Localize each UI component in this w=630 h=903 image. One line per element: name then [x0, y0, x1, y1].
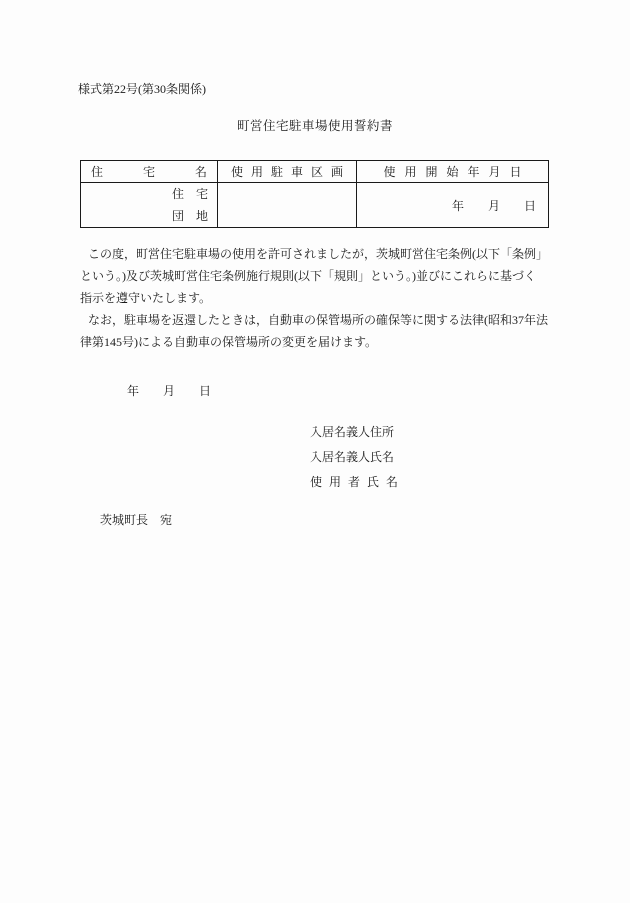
housing-suffix-line1: 住 宅 — [81, 183, 208, 205]
header-housing-name: 住宅名 — [81, 161, 218, 183]
parking-section-cell — [218, 183, 357, 228]
paragraph1-line3: 指示を遵守いたします。 — [80, 287, 554, 309]
signature-resident-address-label: 入居名義人住所 — [310, 420, 400, 445]
table-body-row: 住 宅 団 地 年 月 日 — [81, 183, 549, 228]
start-date-cell: 年 月 日 — [357, 183, 549, 228]
paragraph2-line2: 律第145号)による自動車の保管場所の変更を届けます。 — [80, 331, 554, 353]
body-text: この度，町営住宅駐車場の使用を許可されましたが，茨城町営住宅条例(以下「条例」 … — [80, 243, 554, 353]
signature-block: 入居名義人住所 入居名義人氏名 使 用 者 氏 名 — [310, 420, 400, 495]
usage-info-table: 住宅名 使用駐車区画 使用開始年月日 住 宅 団 地 年 月 日 — [80, 160, 549, 228]
paragraph1-line1: この度，町営住宅駐車場の使用を許可されましたが，茨城町営住宅条例(以下「条例」 — [80, 243, 554, 265]
document-title: 町営住宅駐車場使用誓約書 — [0, 118, 630, 135]
housing-suffix-line2: 団 地 — [81, 205, 208, 227]
signature-resident-name-label: 入居名義人氏名 — [310, 445, 400, 470]
signature-user-name-label: 使 用 者 氏 名 — [310, 470, 400, 495]
header-start-date: 使用開始年月日 — [357, 161, 549, 183]
table-header-row: 住宅名 使用駐車区画 使用開始年月日 — [81, 161, 549, 183]
date-line: 年 月 日 — [127, 380, 211, 402]
paragraph1-line2: という。)及び茨城町営住宅条例施行規則(以下「規則」という。)並びにこれらに基づ… — [80, 265, 554, 287]
form-number: 様式第22号(第30条関係) — [78, 82, 206, 96]
header-parking-section: 使用駐車区画 — [218, 161, 357, 183]
paragraph2-line1: なお，駐車場を返還したときは，自動車の保管場所の確保等に関する法律(昭和37年法 — [80, 309, 554, 331]
pledge-document-page: 様式第22号(第30条関係) 町営住宅駐車場使用誓約書 住宅名 使用駐車区画 使… — [0, 0, 630, 903]
addressee-line: 茨城町長 宛 — [100, 509, 172, 531]
housing-name-cell: 住 宅 団 地 — [81, 183, 218, 228]
